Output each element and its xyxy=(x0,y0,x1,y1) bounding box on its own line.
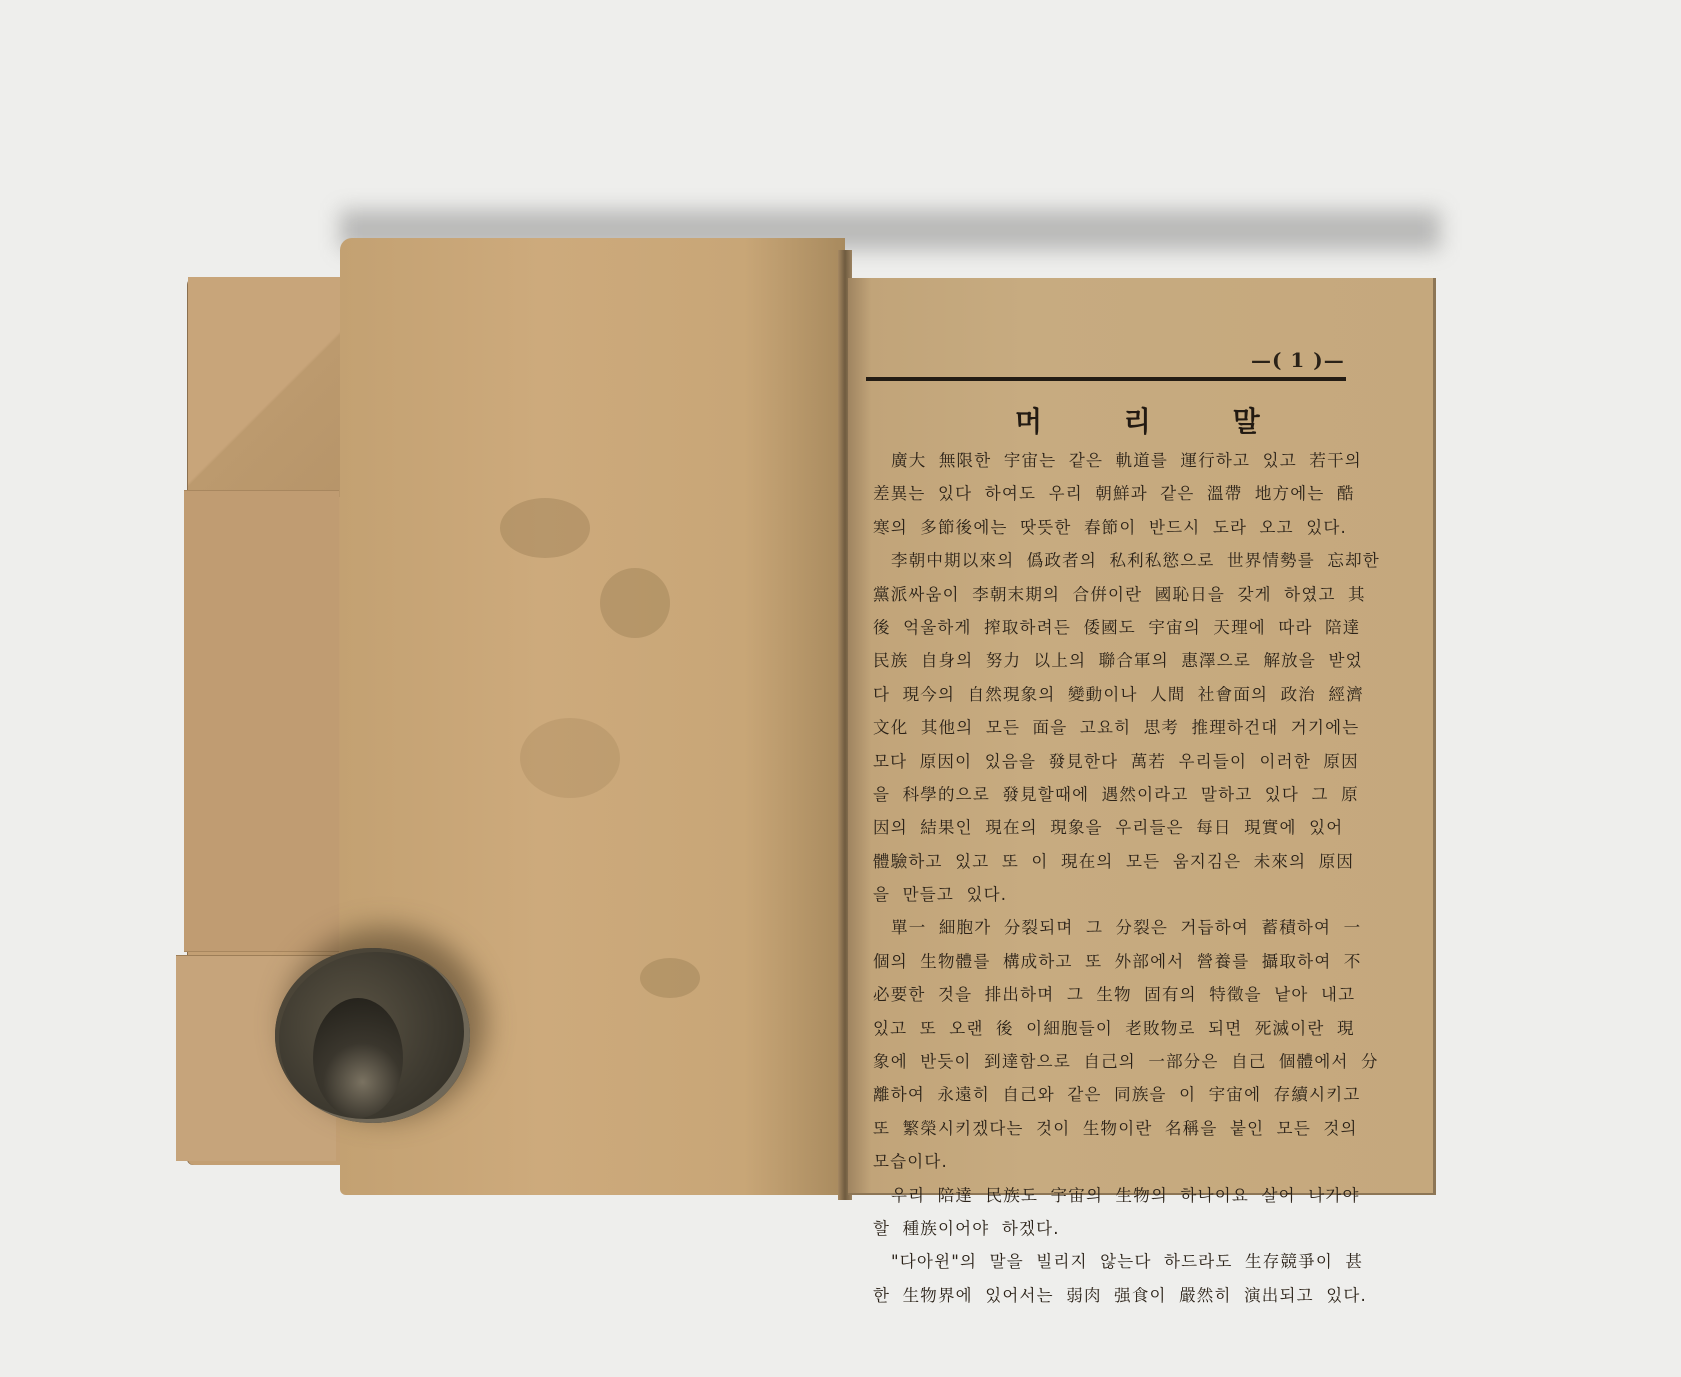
text-line: 黨派싸움이 李朝末期의 合倂이란 國恥日을 갖게 하였고 其 xyxy=(873,578,1373,611)
body-text: 廣大 無限한 宇宙는 같은 軌道를 運行하고 있고 若干의 差異는 있다 하여도… xyxy=(873,444,1373,1312)
text-line: 離하여 永遠히 自己와 같은 同族을 이 宇宙에 存續시키고 xyxy=(873,1078,1373,1111)
text-line: 또 繁榮시키겠다는 것이 生物이란 名稱을 붙인 모든 것의 xyxy=(873,1112,1373,1145)
text-line: 文化 其他의 모든 面을 고요히 思考 推理하건대 거기에는 xyxy=(873,711,1373,744)
text-line: 을 만들고 있다. xyxy=(873,878,1373,911)
text-line: 廣大 無限한 宇宙는 같은 軌道를 運行하고 있고 若干의 xyxy=(873,444,1373,477)
text-line: 必要한 것을 排出하며 그 生物 固有의 特徵을 낱아 내고 xyxy=(873,978,1373,1011)
text-line: 한 生物界에 있어서는 弱肉 强食이 嚴然히 演出되고 있다. xyxy=(873,1279,1373,1312)
text-line: 寒의 多節後에는 땃뜻한 春節이 반드시 도라 오고 있다. xyxy=(873,511,1373,544)
text-line: 後 억울하게 搾取하려든 倭國도 宇宙의 天理에 따라 陪達 xyxy=(873,611,1373,644)
text-line-darwin: "다아윈"의 말을 빌리지 않는다 하드라도 生存競爭이 甚 xyxy=(873,1245,1373,1278)
weight-knob xyxy=(313,998,403,1118)
spine-repair-paper xyxy=(184,490,339,952)
text-line: 民族 自身의 努力 以上의 聯合軍의 惠澤으로 解放을 받었 xyxy=(873,644,1373,677)
text-line: 因의 結果인 現在의 現象을 우리들은 每日 現實에 있어 xyxy=(873,811,1373,844)
page-number: —( 1 )— xyxy=(1251,348,1345,372)
stain xyxy=(520,718,620,798)
text-line: 할 種族이어야 하겠다. xyxy=(873,1212,1373,1245)
stain xyxy=(600,568,670,638)
page-title: 머 리 말 xyxy=(1015,400,1296,440)
header-rule xyxy=(866,377,1346,381)
stain xyxy=(640,958,700,998)
text-line: 우리 陪達 民族도 宇宙의 生物의 하나이요 살어 나가야 xyxy=(873,1179,1373,1212)
text-line: 있고 또 오랜 後 이細胞들이 老敗物로 되면 死滅이란 現 xyxy=(873,1012,1373,1045)
text-line: 李朝中期以來의 僞政者의 私利私慾으로 世界情勢를 忘却한 xyxy=(873,544,1373,577)
text-line: 을 科學的으로 發見할때에 遇然이라고 말하고 있다 그 原 xyxy=(873,778,1373,811)
text-line: 單一 細胞가 分裂되며 그 分裂은 거듭하여 蓄積하여 一 xyxy=(873,911,1373,944)
text-line: 象에 반듯이 到達함으로 自己의 一部分은 自己 個體에서 分 xyxy=(873,1045,1373,1078)
text-line: 差異는 있다 하여도 우리 朝鮮과 같은 溫帶 地方에는 酷 xyxy=(873,477,1373,510)
brass-weight xyxy=(275,948,475,1128)
stain xyxy=(500,498,590,558)
text-line: 모다 原因이 있음을 發見한다 萬若 우리들이 이러한 原因 xyxy=(873,745,1373,778)
text-line: 體驗하고 있고 또 이 現在의 모든 움지김은 未來의 原因 xyxy=(873,845,1373,878)
text-line: 모습이다. xyxy=(873,1145,1373,1178)
text-line: 다 現今의 自然現象의 變動이나 人間 社會面의 政治 經濟 xyxy=(873,678,1373,711)
text-line: 個의 生物體를 構成하고 또 外部에서 營養를 攝取하여 不 xyxy=(873,945,1373,978)
